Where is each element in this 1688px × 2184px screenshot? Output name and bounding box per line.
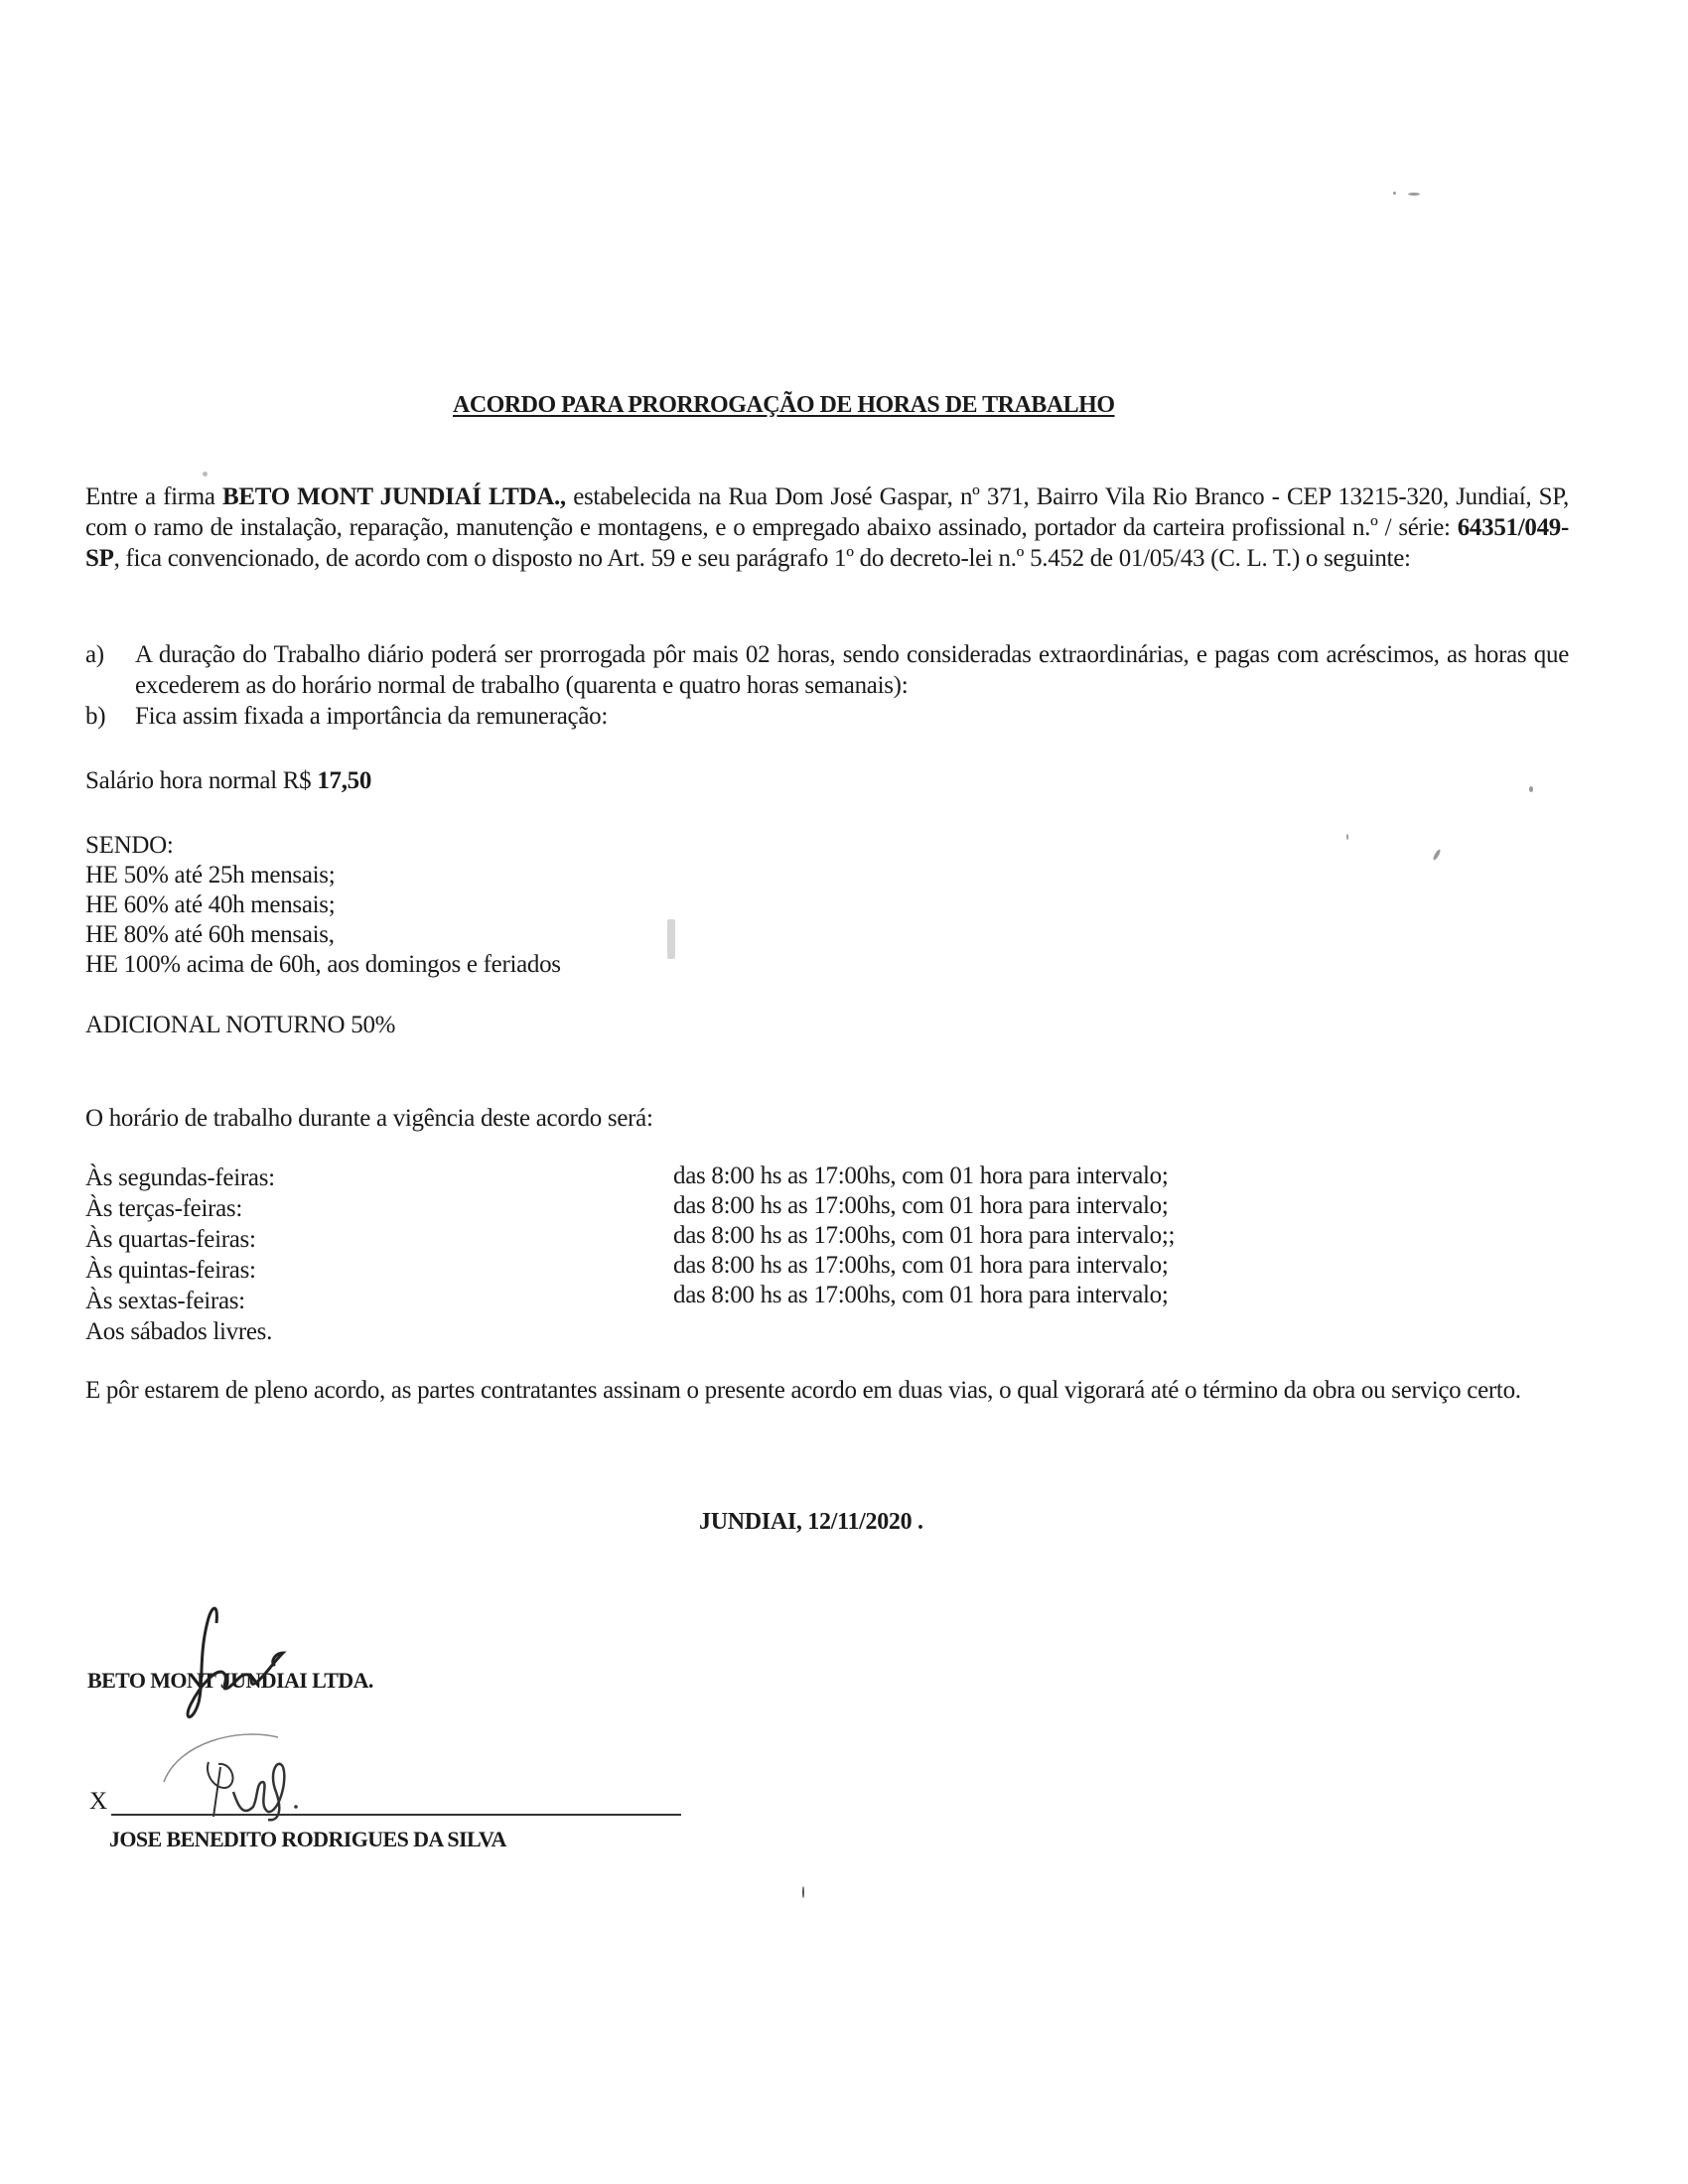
schedule-hours: das 8:00 hs as 17:00hs, com 01 hora para…: [673, 1161, 1168, 1191]
company-signature-scribble: [179, 1593, 298, 1732]
intro-paragraph: Entre a firma BETO MONT JUNDIAÍ LTDA., e…: [85, 481, 1569, 574]
intro-text-end: , fica convencionado, de acordo com o di…: [114, 545, 1411, 572]
schedule-saturday: Aos sábados livres.: [85, 1317, 272, 1347]
schedule-day: Às segundas-feiras:: [85, 1163, 275, 1193]
scan-speck: [1346, 834, 1348, 840]
scan-speck: [1432, 849, 1441, 861]
clause-b: b) Fica assim fixada a importância da re…: [85, 701, 1569, 732]
overtime-heading: SENDO:: [85, 831, 173, 861]
schedule-hours: das 8:00 hs as 17:00hs, com 01 hora para…: [673, 1281, 1168, 1310]
employee-signature-name: JOSE BENEDITO RODRIGUES DA SILVA: [109, 1825, 506, 1854]
intro-prefix: Entre a firma: [85, 483, 222, 510]
closing-paragraph: E pôr estarem de pleno acordo, as partes…: [85, 1375, 1569, 1406]
clause-text: Fica assim fixada a importância da remun…: [135, 701, 1569, 732]
document-title: ACORDO PARA PRORROGAÇÃO DE HORAS DE TRAB…: [453, 392, 1115, 419]
schedule-hours: das 8:00 hs as 17:00hs, com 01 hora para…: [673, 1221, 1175, 1251]
schedule-day: Às terças-feiras:: [85, 1194, 242, 1224]
schedule-hours: das 8:00 hs as 17:00hs, com 01 hora para…: [673, 1251, 1168, 1281]
salary-line: Salário hora normal R$ 17,50: [85, 766, 371, 796]
document-page: ACORDO PARA PRORROGAÇÃO DE HORAS DE TRAB…: [0, 0, 1688, 2184]
scan-speck: [1393, 192, 1396, 195]
salary-value: 17,50: [317, 767, 371, 794]
night-bonus: ADICIONAL NOTURNO 50%: [85, 1011, 395, 1040]
clause-marker: b): [85, 701, 105, 732]
schedule-day: Às sextas-feiras:: [85, 1287, 245, 1316]
schedule-hours: das 8:00 hs as 17:00hs, com 01 hora para…: [673, 1191, 1168, 1221]
clause-a: a) A duração do Trabalho diário poderá s…: [85, 639, 1569, 701]
overtime-item: HE 50% até 25h mensais;: [85, 861, 335, 890]
schedule-day: Às quartas-feiras:: [85, 1225, 256, 1255]
overtime-item: HE 100% acima de 60h, aos domingos e fer…: [85, 950, 561, 980]
scan-speck: [667, 919, 675, 959]
salary-label: Salário hora normal R$: [85, 767, 317, 794]
clause-text: A duração do Trabalho diário poderá ser …: [135, 639, 1569, 701]
schedule-intro: O horário de trabalho durante a vigência…: [85, 1104, 653, 1134]
schedule-day: Às quintas-feiras:: [85, 1256, 256, 1286]
overtime-item: HE 60% até 40h mensais;: [85, 890, 335, 920]
signature-mark: X: [89, 1787, 107, 1817]
overtime-item: HE 80% até 60h mensais,: [85, 920, 335, 950]
scan-speck: [1529, 786, 1533, 792]
clause-marker: a): [85, 639, 104, 670]
company-name: BETO MONT JUNDIAÍ LTDA.,: [222, 483, 566, 510]
scan-speck: [802, 1886, 804, 1898]
scan-speck: [203, 472, 208, 477]
place-date: JUNDIAI, 12/11/2020 .: [699, 1507, 923, 1537]
employee-signature-scribble: [159, 1722, 338, 1832]
scan-speck: [1408, 193, 1420, 196]
